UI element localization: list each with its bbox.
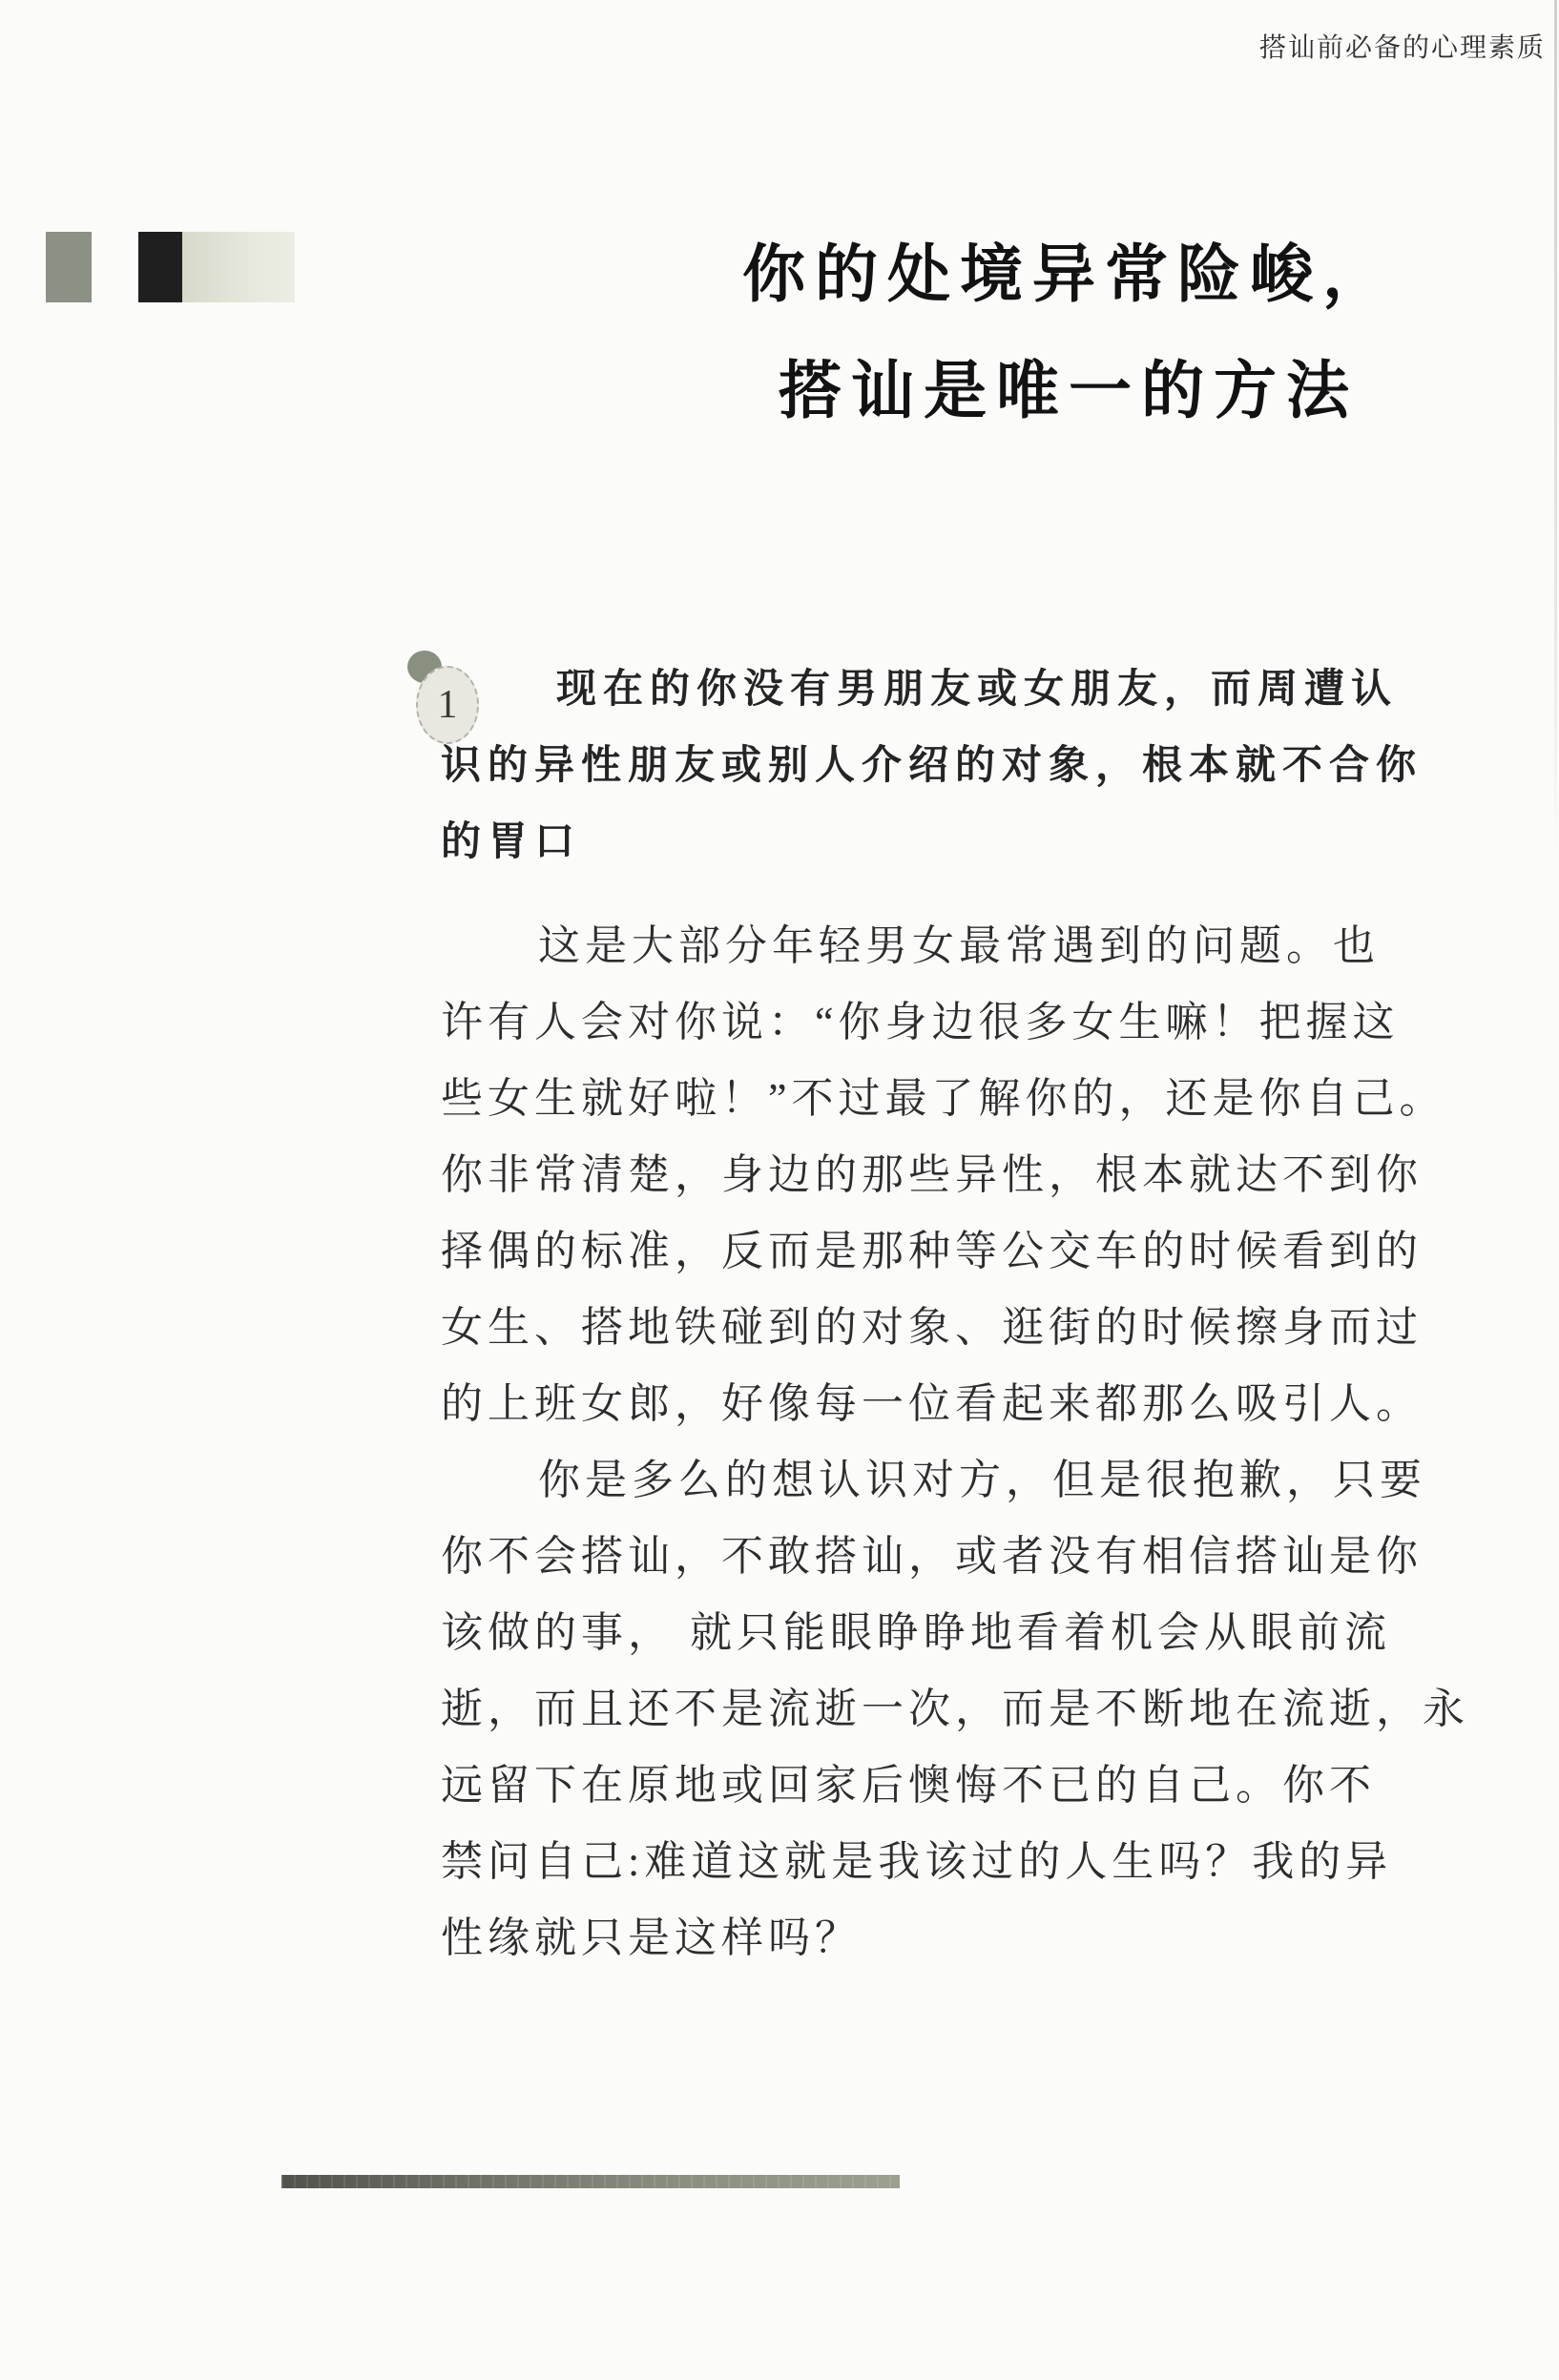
body-paragraph-2: 你是多么的想认识对方，但是很抱歉，只要 你不会搭讪，不敢搭讪，或者没有相信搭讪是… [441,1442,1452,1976]
body-line: 的上班女郎，好像每一位看起来都那么吸引人。 [441,1366,1452,1442]
body-line: 禁问自己:难道这就是我该过的人生吗？我的异 [441,1824,1452,1900]
chapter-title: 你的处境异常险峻， 搭讪是唯一的方法 [668,217,1469,450]
chapter-title-line-2: 搭讪是唯一的方法 [668,334,1469,450]
body-paragraph-1: 这是大部分年轻男女最常遇到的问题。也 许有人会对你说：“你身边很多女生嘛！把握这… [441,908,1452,1442]
section-heading: 现在的你没有男朋友或女朋友，而周遭认 识的异性朋友或别人介绍的对象，根本就不合你… [441,651,1443,880]
body-line: 逝，而且还不是流逝一次，而是不断地在流逝，永 [441,1671,1452,1748]
body-line: 你非常清楚，身边的那些异性，根本就达不到你 [441,1137,1452,1213]
body-line: 远留下在原地或回家后懊悔不已的自己。你不 [441,1748,1452,1824]
section-heading-line: 的胃口 [441,803,1443,880]
scan-edge-shadow [1554,0,1557,859]
section-heading-line: 识的异性朋友或别人介绍的对象，根本就不合你 [441,727,1443,803]
deco-square-black [138,232,182,302]
body-line: 你是多么的想认识对方，但是很抱歉，只要 [441,1442,1452,1519]
deco-gradient-block [182,232,295,302]
running-head: 搭讪前必备的心理素质 [1259,27,1546,65]
body-line: 些女生就好啦！”不过最了解你的，还是你自己。 [441,1061,1452,1137]
footer-gradient-bar [281,2175,900,2188]
body-line: 该做的事， 就只能眼睁睁地看着机会从眼前流 [441,1595,1452,1671]
body-line: 择偶的标准，反而是那种等公交车的时候看到的 [441,1213,1452,1290]
book-page: 搭讪前必备的心理素质 你的处境异常险峻， 搭讪是唯一的方法 1 现在的你没有男朋… [0,0,1559,2380]
chapter-title-line-1: 你的处境异常险峻， [668,217,1469,334]
body-line: 性缘就只是这样吗？ [441,1900,1452,1976]
body-line: 这是大部分年轻男女最常遇到的问题。也 [441,908,1452,984]
body-line: 许有人会对你说：“你身边很多女生嘛！把握这 [441,984,1452,1061]
deco-square-green [46,232,92,302]
body-line: 你不会搭讪，不敢搭讪，或者没有相信搭讪是你 [441,1519,1452,1595]
section-heading-line: 现在的你没有男朋友或女朋友，而周遭认 [441,651,1443,727]
body-line: 女生、搭地铁碰到的对象、逛街的时候擦身而过 [441,1290,1452,1366]
